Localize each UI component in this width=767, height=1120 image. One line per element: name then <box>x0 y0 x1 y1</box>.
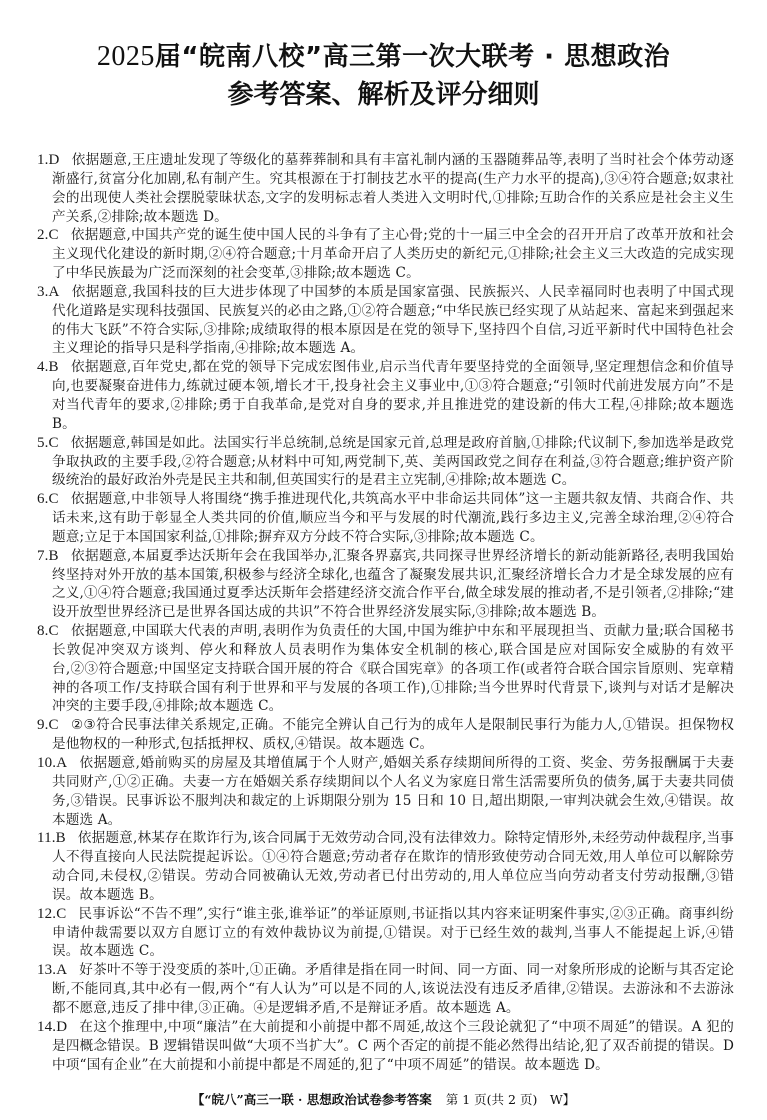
answer-explanation: ②③符合民事法律关系规定,正确。不能完全辨认自己行为的成年人是限制民事行为能力人… <box>52 717 734 752</box>
page-footer: 【“皖八”高三一联 · 思想政治试卷参考答案第 1 页(共 2 页) W】 <box>0 1090 767 1108</box>
answer-number: 9.C <box>37 717 59 733</box>
answer-item-12: 12.C民事诉讼“不告不理”,实行“谁主张,谁举证”的举证原则,书证指以其内容来… <box>37 905 734 962</box>
answer-item-9: 9.C②③符合民事法律关系规定,正确。不能完全辨认自己行为的成年人是限制民事行为… <box>37 716 734 754</box>
answer-item-13: 13.A好茶叶不等于没变质的茶叶,①正确。矛盾律是指在同一时间、同一方面、同一对… <box>37 961 734 1018</box>
answer-item-7: 7.B依据题意,本届夏季达沃斯年会在我国举办,汇聚各界嘉宾,共同探寻世界经济增长… <box>37 547 734 622</box>
answer-item-11: 11.B依据题意,林某存在欺诈行为,该合同属于无效劳动合同,没有法律效力。除特定… <box>37 829 734 904</box>
answer-item-10: 10.A依据题意,婚前购买的房屋及其增值属于个人财产,婚姻关系存续期间所得的工资… <box>37 754 734 829</box>
answer-item-5: 5.C依据题意,韩国是如此。法国实行半总统制,总统是国家元首,总理是政府首脑,①… <box>37 434 734 491</box>
answer-number: 6.C <box>37 491 59 507</box>
answer-number: 14.D <box>37 1019 67 1035</box>
answer-number: 5.C <box>37 435 59 451</box>
answer-explanation: 依据题意,婚前购买的房屋及其增值属于个人财产,婚姻关系存续期间所得的工资、奖金、… <box>52 755 734 828</box>
answer-number: 13.A <box>37 962 67 978</box>
answer-explanation: 依据题意,中非领导人将围绕“携手推进现代化,共筑高水平中非命运共同体”这一主题共… <box>52 491 734 545</box>
answer-explanation: 依据题意,林某存在欺诈行为,该合同属于无效劳动合同,没有法律效力。除特定情形外,… <box>52 830 734 903</box>
answer-explanation: 依据题意,百年党史,都在党的领导下完成宏图伟业,启示当代青年要坚持党的全面领导,… <box>52 359 734 432</box>
answer-explanation: 依据题意,本届夏季达沃斯年会在我国举办,汇聚各界嘉宾,共同探寻世界经济增长的新动… <box>52 548 734 621</box>
answer-explanation: 依据题意,中国联大代表的声明,表明作为负责任的大国,中国为维护中东和平展现担当、… <box>52 623 734 714</box>
answer-number: 7.B <box>37 548 59 564</box>
answer-item-8: 8.C依据题意,中国联大代表的声明,表明作为负责任的大国,中国为维护中东和平展现… <box>37 622 734 716</box>
answer-number: 4.B <box>37 359 59 375</box>
page-number: 第 1 页(共 2 页) W】 <box>446 1092 575 1107</box>
answer-number: 12.C <box>37 906 66 922</box>
footer-title: 【“皖八”高三一联 · 思想政治试卷参考答案 <box>192 1092 432 1107</box>
answer-number: 2.C <box>37 227 59 243</box>
answer-explanation: 依据题意,我国科技的巨大进步体现了中国梦的本质是国家富强、民族振兴、人民幸福同时… <box>52 284 734 357</box>
answer-item-2: 2.C依据题意,中国共产党的诞生使中国人民的斗争有了主心骨;党的十一届三中全会的… <box>37 226 734 283</box>
answer-list: 1.D依据题意,王庄遗址发现了等级化的墓葬葬制和具有丰富礼制内涵的玉器随葬品等,… <box>37 151 734 1074</box>
answer-number: 10.A <box>37 755 67 771</box>
answer-explanation: 依据题意,韩国是如此。法国实行半总统制,总统是国家元首,总理是政府首脑,①排除;… <box>52 435 734 489</box>
answer-number: 3.A <box>37 284 60 300</box>
main-title: 2025届“皖南八校”高三第一次大联考 · 思想政治 <box>0 40 767 74</box>
answer-explanation: 依据题意,中国共产党的诞生使中国人民的斗争有了主心骨;党的十一届三中全会的召开开… <box>52 227 734 281</box>
document-header: 2025届“皖南八校”高三第一次大联考 · 思想政治 参考答案、解析及评分细则 <box>0 40 767 112</box>
answer-explanation: 民事诉讼“不告不理”,实行“谁主张,谁举证”的举证原则,书证指以其内容来证明案件… <box>52 906 734 960</box>
answer-explanation: 依据题意,王庄遗址发现了等级化的墓葬葬制和具有丰富礼制内涵的玉器随葬品等,表明了… <box>52 152 734 225</box>
answer-item-3: 3.A依据题意,我国科技的巨大进步体现了中国梦的本质是国家富强、民族振兴、人民幸… <box>37 283 734 358</box>
answer-item-14: 14.D在这个推理中,中项“廉洁”在大前提和小前提中都不周延,故这个三段论就犯了… <box>37 1018 734 1075</box>
answer-item-6: 6.C依据题意,中非领导人将围绕“携手推进现代化,共筑高水平中非命运共同体”这一… <box>37 490 734 547</box>
answer-explanation: 好茶叶不等于没变质的茶叶,①正确。矛盾律是指在同一时间、同一方面、同一对象所形成… <box>52 962 734 1016</box>
answer-number: 8.C <box>37 623 59 639</box>
title-line1: 届“皖南八校”高三第一次大联考 · 思想政治 <box>155 42 670 72</box>
answer-item-1: 1.D依据题意,王庄遗址发现了等级化的墓葬葬制和具有丰富礼制内涵的玉器随葬品等,… <box>37 151 734 226</box>
title-year: 2025 <box>97 41 155 72</box>
answer-number: 1.D <box>37 152 60 168</box>
answer-item-4: 4.B依据题意,百年党史,都在党的领导下完成宏图伟业,启示当代青年要坚持党的全面… <box>37 358 734 433</box>
answer-number: 11.B <box>37 830 66 846</box>
subtitle: 参考答案、解析及评分细则 <box>0 78 767 112</box>
answer-explanation: 在这个推理中,中项“廉洁”在大前提和小前提中都不周延,故这个三段论就犯了“中项不… <box>52 1019 734 1073</box>
